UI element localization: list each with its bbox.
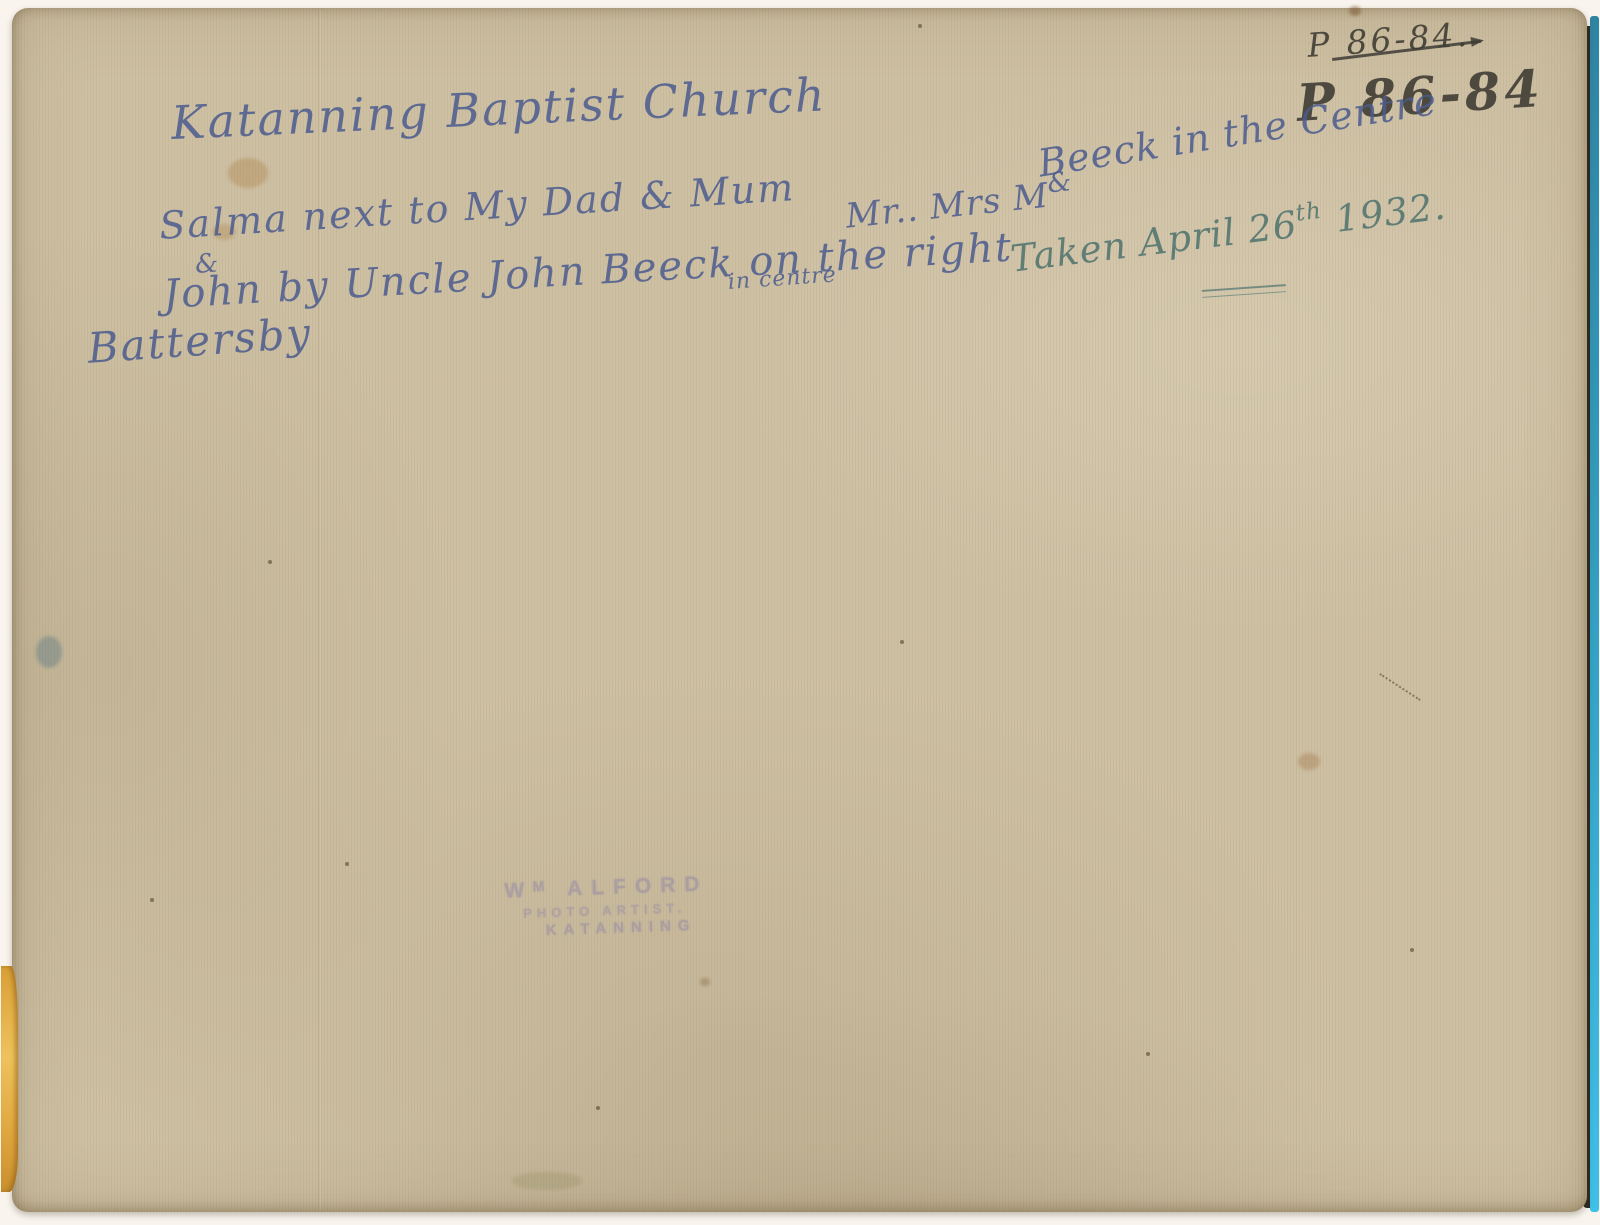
dirt-speck [918, 24, 922, 28]
underlying-card-yellow-edge [1, 966, 18, 1192]
dirt-speck [150, 898, 154, 902]
date-ordinal-superscript: th [1294, 198, 1323, 227]
foxing-stain [228, 158, 268, 188]
photographer-stamp: Wᴹ ALFORD PHOTO ARTIST. KATANNING [504, 872, 710, 940]
photo-verso-scan: P86-84. P 86-84 Katanning Baptist Church… [0, 0, 1600, 1225]
blue-smudge [36, 636, 62, 668]
vertical-crease [318, 10, 321, 1210]
dirt-speck [900, 640, 904, 644]
underlying-card-cyan-edge [1590, 16, 1599, 1212]
dirt-speck [1410, 948, 1414, 952]
faint-crease [1296, 560, 1298, 1210]
dirt-speck [345, 862, 349, 866]
foxing-stain [1298, 753, 1320, 770]
dirt-speck [596, 1106, 600, 1110]
catalog-old-prefix: P [1306, 24, 1334, 65]
dirt-speck [268, 560, 272, 564]
green-smudge [512, 1172, 582, 1190]
dirt-speck [1146, 1052, 1150, 1056]
foxing-stain [700, 978, 710, 986]
foxing-stain [1349, 6, 1361, 16]
photo-card-back [12, 8, 1587, 1212]
